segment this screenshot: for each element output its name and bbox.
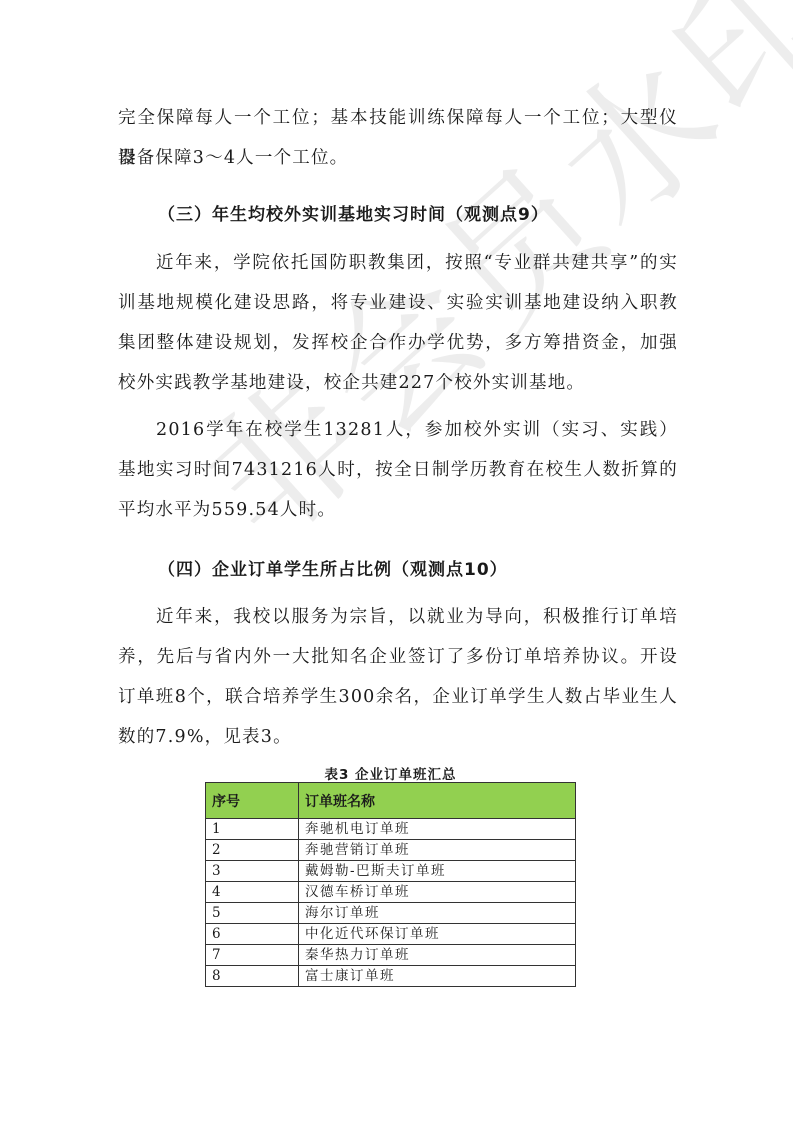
cell-index: 6: [206, 924, 299, 945]
cell-class-name: 海尔订单班: [299, 903, 576, 924]
table-row: 8富士康订单班: [206, 966, 576, 987]
cell-class-name: 中化近代环保订单班: [299, 924, 576, 945]
cell-class-name: 奔驰营销订单班: [299, 840, 576, 861]
cell-class-name: 戴姆勒-巴斯夫订单班: [299, 861, 576, 882]
paragraph-line: 设备保障3～4人一个工位。: [118, 138, 678, 178]
section-heading-3: （三）年生均校外实训基地实习时间（观测点9）: [158, 200, 549, 225]
cell-class-name: 汉德车桥订单班: [299, 882, 576, 903]
paragraph-training-bases: 近年来，学院依托国防职教集团，按照“专业群共建共享”的实训基地规模化建设思路，将…: [118, 243, 678, 403]
table-row: 3戴姆勒-巴斯夫订单班: [206, 861, 576, 882]
cell-index: 1: [206, 819, 299, 840]
column-header-class-name: 订单班名称: [299, 783, 576, 819]
cell-class-name: 富士康订单班: [299, 966, 576, 987]
cell-index: 4: [206, 882, 299, 903]
section-heading-4: （四）企业订单学生所占比例（观测点10）: [158, 555, 508, 580]
cell-class-name: 奔驰机电订单班: [299, 819, 576, 840]
order-class-table: 序号 订单班名称 1奔驰机电订单班 2奔驰营销订单班 3戴姆勒-巴斯夫订单班 4…: [205, 782, 576, 987]
table-row: 7秦华热力订单班: [206, 945, 576, 966]
cell-index: 5: [206, 903, 299, 924]
table-caption: 表3 企业订单班汇总: [205, 763, 576, 783]
table-row: 1奔驰机电订单班: [206, 819, 576, 840]
paragraph-internship-hours: 2016学年在校学生13281人，参加校外实训（实习、实践）基地实习时间7431…: [118, 410, 678, 530]
table-row: 4汉德车桥订单班: [206, 882, 576, 903]
cell-index: 2: [206, 840, 299, 861]
table-row: 5海尔订单班: [206, 903, 576, 924]
table-row: 6中化近代环保订单班: [206, 924, 576, 945]
table-row: 2奔驰营销订单班: [206, 840, 576, 861]
column-header-index: 序号: [206, 783, 299, 819]
paragraph-order-classes: 近年来，我校以服务为宗旨，以就业为导向，积极推行订单培养，先后与省内外一大批知名…: [118, 597, 678, 757]
cell-class-name: 秦华热力订单班: [299, 945, 576, 966]
cell-index: 3: [206, 861, 299, 882]
table-header-row: 序号 订单班名称: [206, 783, 576, 819]
cell-index: 8: [206, 966, 299, 987]
cell-index: 7: [206, 945, 299, 966]
